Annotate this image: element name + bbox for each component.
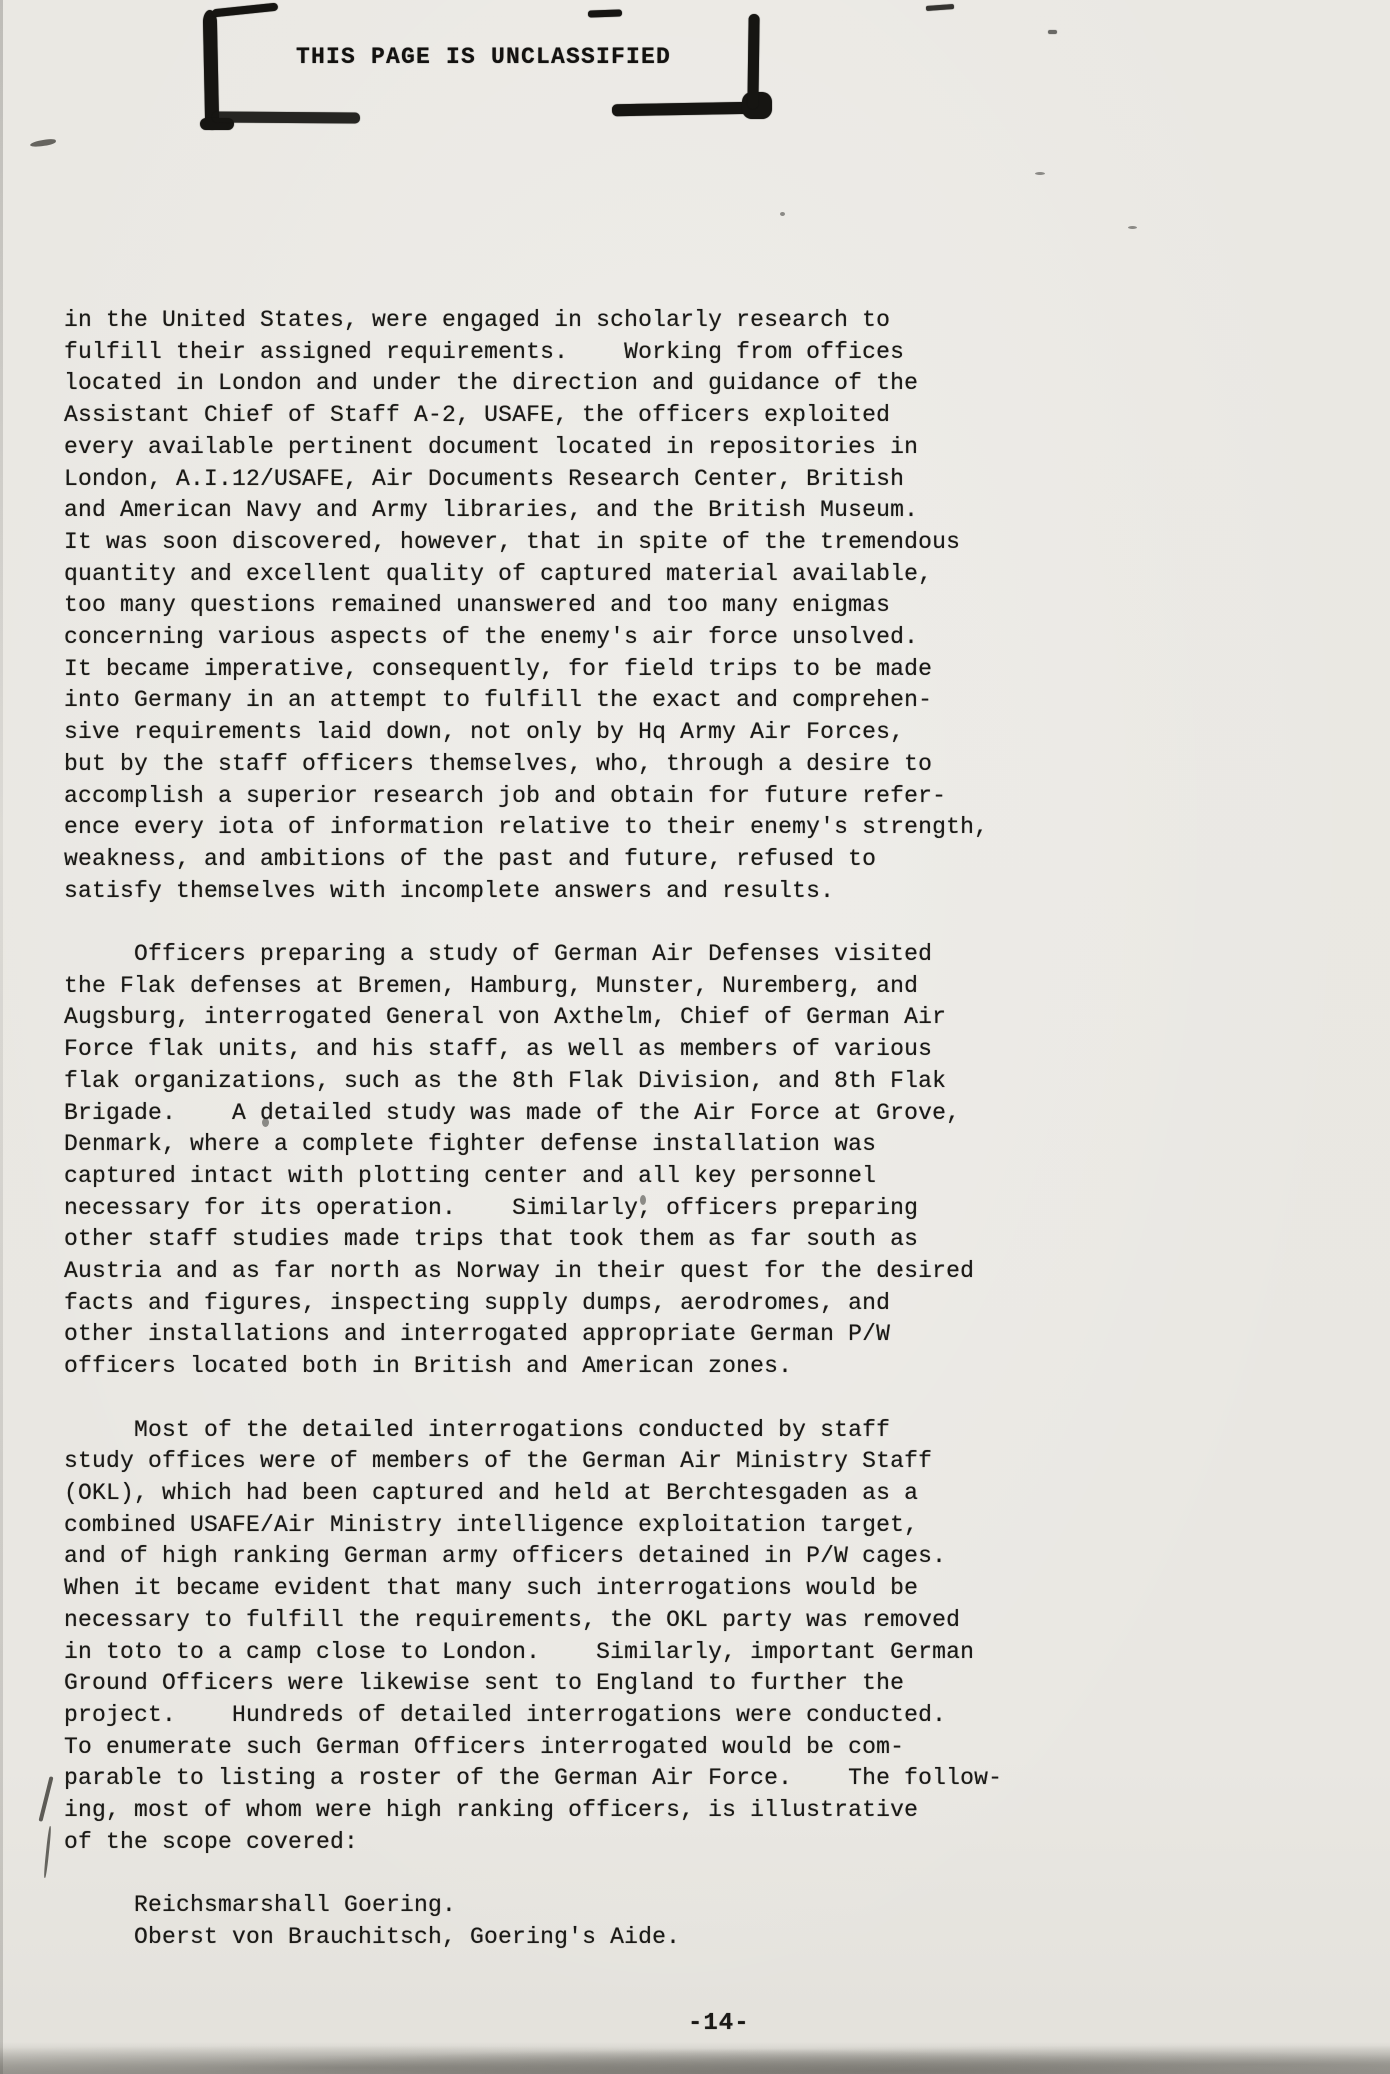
paragraph-interrogations: Most of the detailed interrogations cond… — [64, 1415, 1364, 1859]
paragraph-research-in-london: in the United States, were engaged in sc… — [64, 305, 1364, 907]
document-page: THIS PAGE IS UNCLASSIFIED in the United … — [0, 0, 1390, 2074]
scan-speck — [1128, 226, 1137, 229]
officer-list: Reichsmarshall Goering. Oberst von Brauc… — [64, 1890, 1364, 1953]
scan-edge-line — [0, 0, 3, 2074]
stamp-box-top-stub — [212, 3, 278, 18]
classification-banner: THIS PAGE IS UNCLASSIFIED — [296, 44, 671, 70]
page-number: -14- — [688, 2010, 750, 2037]
scan-speck — [1035, 172, 1045, 175]
document-body: in the United States, were engaged in sc… — [64, 305, 1364, 1985]
pen-mark — [38, 1776, 53, 1822]
stamp-box-right-border — [747, 14, 759, 109]
stray-ink-dash — [926, 4, 954, 11]
scan-shadow-band — [0, 2042, 1390, 2074]
stray-ink-dash — [588, 9, 622, 17]
classification-stamp-box: THIS PAGE IS UNCLASSIFIED — [0, 0, 1390, 160]
pen-mark — [43, 1826, 51, 1878]
stamp-box-bottom-left-segment — [212, 111, 360, 123]
scan-speck — [262, 1118, 269, 1127]
scan-speck — [640, 1195, 646, 1205]
stray-ink-dot — [1048, 30, 1057, 34]
paragraph-field-trips: Officers preparing a study of German Air… — [64, 939, 1364, 1383]
scan-speck — [780, 212, 785, 216]
stamp-box-bottom-right-segment — [612, 102, 760, 117]
